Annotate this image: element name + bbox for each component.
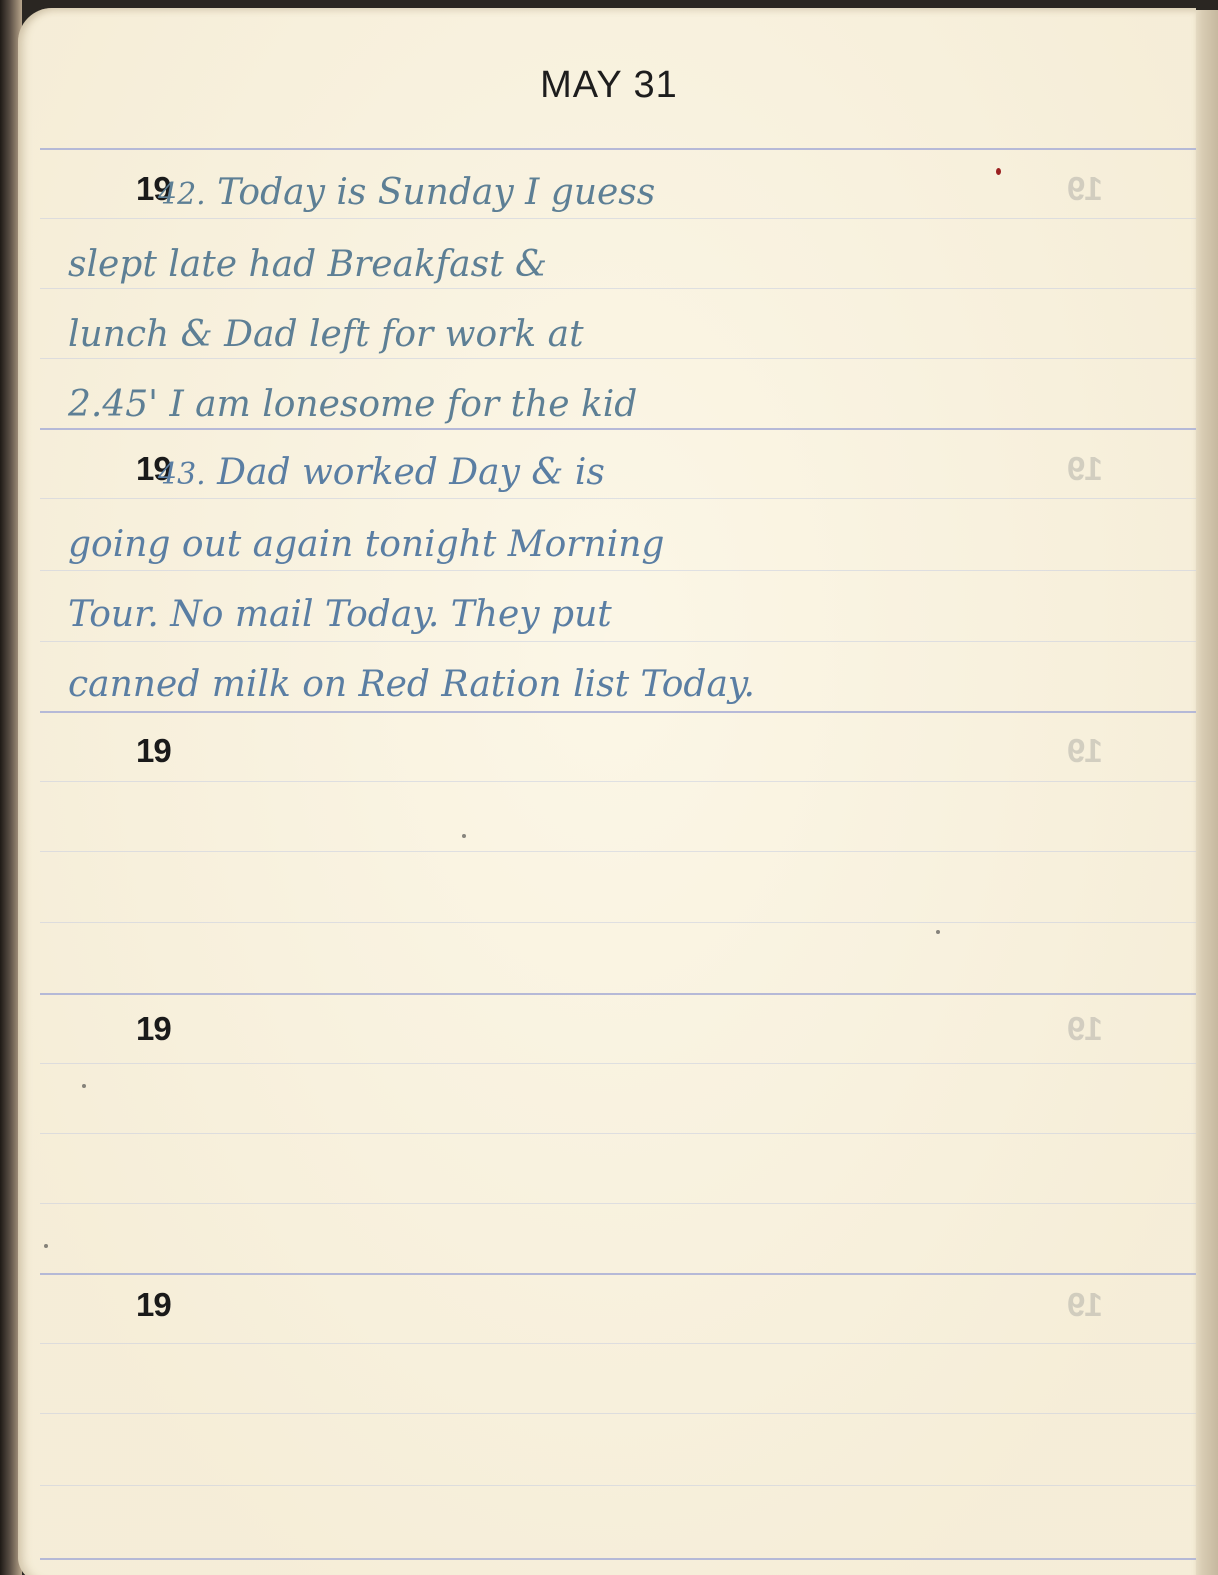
paper-speck [936,930,940,934]
ruled-line [40,1063,1196,1064]
year-label: 19 [136,1010,171,1048]
paper-speck [44,1244,48,1248]
ruled-line [40,922,1196,923]
year-label: 19 [136,1286,171,1324]
ruled-line [40,1485,1196,1486]
year-suffix: 43. [158,457,206,492]
diary-entry-1942: 42. Today is Sunday I guess slept late h… [68,158,1188,440]
section-divider [40,1273,1196,1275]
year-suffix: 42. [158,177,206,212]
ink-speck [996,168,1001,175]
ruled-line [40,1343,1196,1344]
bleed-through-year: 19 [1068,732,1103,770]
paper-speck [82,1084,86,1088]
ruled-line [40,1413,1196,1414]
diary-page: MAY 31 19 42. Today is Sunday I guess sl… [18,8,1196,1575]
ruled-line [40,1133,1196,1134]
bleed-through-year: 19 [1068,170,1103,208]
ruled-line [40,1203,1196,1204]
section-divider [40,148,1196,150]
section-divider [40,993,1196,995]
section-divider [40,1558,1196,1560]
diary-entry-1943: 43. Dad worked Day & is going out again … [68,438,1188,720]
ruled-line [40,851,1196,852]
year-label: 19 [136,732,171,770]
bleed-through-year: 19 [1068,450,1103,488]
date-heading: MAY 31 [18,64,1196,107]
ruled-line [40,781,1196,782]
bleed-through-year: 19 [1068,1010,1103,1048]
bleed-through-year: 19 [1068,1286,1103,1324]
paper-speck [462,834,466,838]
